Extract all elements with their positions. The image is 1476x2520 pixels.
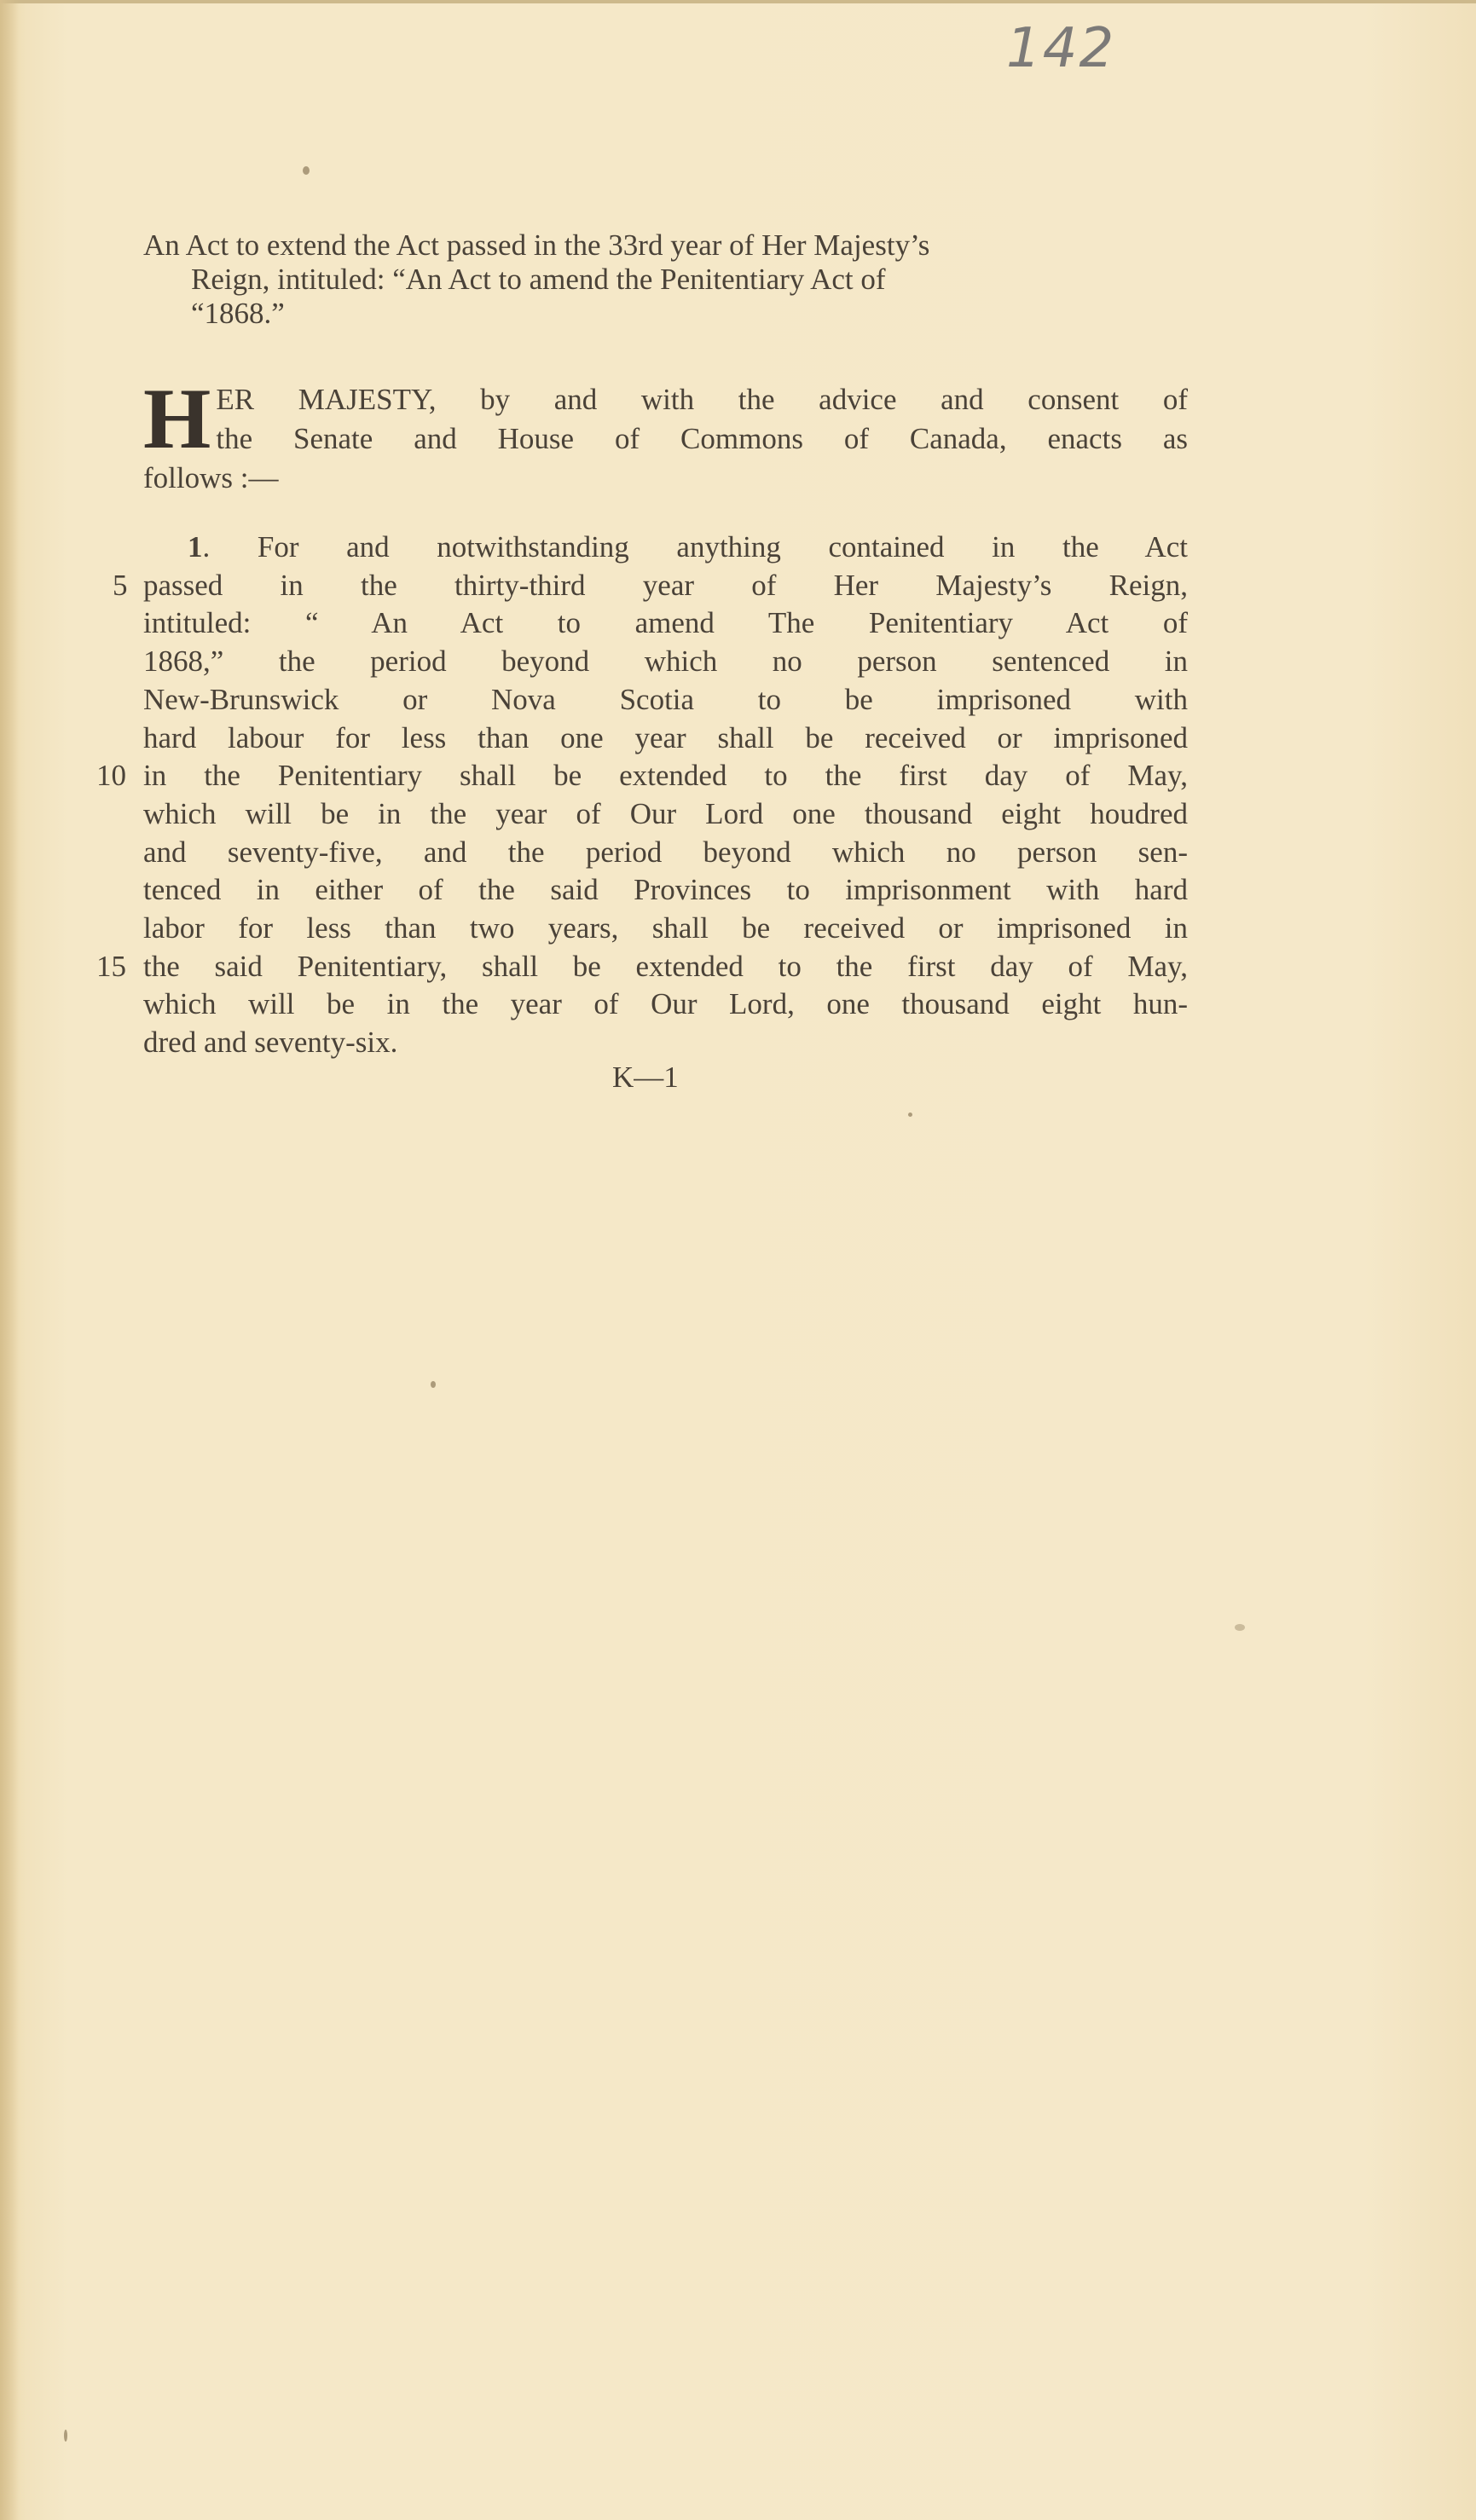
enacting-line: the Senate and House of Commons of Canad… [143, 419, 1188, 459]
paper-speck [908, 1113, 912, 1117]
line-number: 5 [113, 567, 128, 605]
section-line: 10 in the Penitentiary shall be extended… [143, 757, 1188, 795]
section-line: 5 passed in the thirty-third year of Her… [143, 567, 1188, 605]
section-line: hard labour for less than one year shall… [143, 720, 1188, 758]
drop-cap: H [143, 385, 211, 457]
title-line: Reign, intituled: “An Act to amend the P… [143, 263, 1243, 297]
title-line: “1868.” [143, 297, 1243, 331]
section-line: intituled: “ An Act to amend The Peniten… [143, 604, 1188, 643]
section-line: tenced in either of the said Provinces t… [143, 871, 1188, 910]
title-line: An Act to extend the Act passed in the 3… [143, 228, 1243, 263]
section-line: 1868,” the period beyond which no person… [143, 643, 1188, 681]
section-line: which will be in the year of Our Lord, o… [143, 985, 1188, 1024]
section-line: 15 the said Penitentiary, shall be exten… [143, 948, 1188, 986]
printer-signature-mark: K—1 [612, 1061, 679, 1095]
section-1: 1. For and notwithstanding anything cont… [143, 529, 1188, 1062]
enacting-line: follows :— [143, 459, 1188, 498]
page-binding-edge [0, 0, 19, 2520]
line-number: 10 [96, 757, 126, 795]
line-number: 15 [96, 948, 126, 986]
paper-speck [1235, 1624, 1245, 1631]
section-line: which will be in the year of Our Lord on… [143, 795, 1188, 834]
paper-speck [64, 2430, 67, 2442]
enacting-line: ER MAJESTY, by and with the advice and c… [143, 380, 1188, 419]
section-line: dred and seventy-six. [143, 1024, 1188, 1062]
handwritten-folio-number: 142 [1006, 17, 1115, 80]
section-line: labor for less than two years, shall be … [143, 910, 1188, 948]
section-line: 1. For and notwithstanding anything cont… [143, 529, 1188, 567]
act-title: An Act to extend the Act passed in the 3… [143, 228, 1243, 331]
paper-speck [303, 166, 310, 175]
enacting-clause: H ER MAJESTY, by and with the advice and… [143, 380, 1188, 498]
section-line: and seventy-five, and the period beyond … [143, 834, 1188, 872]
section-number: 1 [188, 530, 203, 564]
section-line: New-Brunswick or Nova Scotia to be impri… [143, 681, 1188, 720]
page-top-edge [0, 0, 1476, 3]
document-page: 142 An Act to extend the Act passed in t… [0, 0, 1476, 2520]
paper-speck [431, 1381, 436, 1388]
